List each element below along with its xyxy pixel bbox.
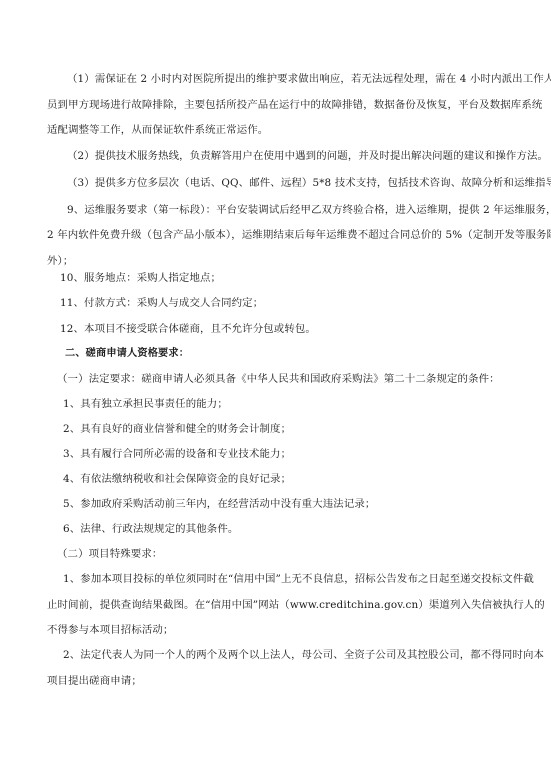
requirement-3: 3、具有履行合同所必需的设备和专业技术能力； <box>63 447 510 461</box>
special-requirements: （二）项目特殊要求： <box>57 547 517 561</box>
special-2-line-2: 项目提出磋商申请； <box>47 674 507 688</box>
requirement-2: 2、具有良好的商业信誉和健全的财务会计制度； <box>63 422 510 436</box>
requirement-6: 6、法律、行政法规规定的其他条件。 <box>63 522 510 536</box>
legal-requirements: （一）法定要求：磋商申请人必须具备《中华人民共和国政府采购法》第二十二条规定的条… <box>57 372 517 386</box>
special-1-line-2: 止时间前，提供查询结果截图。在“信用中国”网站（www.creditchina.… <box>47 598 507 612</box>
item-10: 10、服务地点：采购人指定地点； <box>60 271 500 285</box>
paragraph-1-line-1: （1）需保证在 2 小时内对医院所提出的维护要求做出响应，若无法远程处理，需在 … <box>67 72 507 86</box>
paragraph-1-line-2: 员到甲方现场进行故障排除，主要包括所投产品在运行中的故障排错，数据备份及恢复，平… <box>47 98 507 112</box>
document-page: （1）需保证在 2 小时内对医院所提出的维护要求做出响应，若无法远程处理，需在 … <box>0 0 551 782</box>
item-12: 12、本项目不接受联合体磋商，且不允许分包或转包。 <box>60 322 500 336</box>
paragraph-1-line-3: 适配调整等工作，从而保证软件系统正常运作。 <box>47 123 507 137</box>
item-9-line-2: 2 年内软件免费升级（包含产品小版本），运维期结束后每年运维费不超过合同总价的 … <box>47 228 507 242</box>
requirement-4: 4、有依法缴纳税收和社会保障资金的良好记录； <box>63 472 510 486</box>
requirement-5: 5、参加政府采购活动前三年内，在经营活动中没有重大违法记录； <box>63 497 510 511</box>
paragraph-3: （3）提供多方位多层次（电话、QQ、邮件、远程）5*8 技术支持，包括技术咨询、… <box>67 176 507 190</box>
section-2-heading: 二、磋商申请人资格要求： <box>65 347 525 361</box>
requirement-1: 1、具有独立承担民事责任的能力； <box>63 397 510 411</box>
item-9-line-1: 9、运维服务要求（第一标段）：平台安装调试后经甲乙双方终验合格，进入运维期，提供… <box>67 203 507 217</box>
paragraph-2: （2）提供技术服务热线，负责解答用户在使用中遇到的问题，并及时提出解决问题的建议… <box>67 149 507 163</box>
special-1-line-3: 不得参与本项目招标活动； <box>47 623 507 637</box>
item-11: 11、付款方式：采购人与成交人合同约定； <box>60 296 500 310</box>
item-9-line-3: 外）； <box>47 254 507 268</box>
special-2-line-1: 2、法定代表人为同一个人的两个及两个以上法人，母公司、全资子公司及其控股公司，都… <box>63 648 507 662</box>
special-1-line-1: 1、参加本项目投标的单位须同时在“信用中国”上无不良信息，招标公告发布之日起至递… <box>63 572 507 586</box>
